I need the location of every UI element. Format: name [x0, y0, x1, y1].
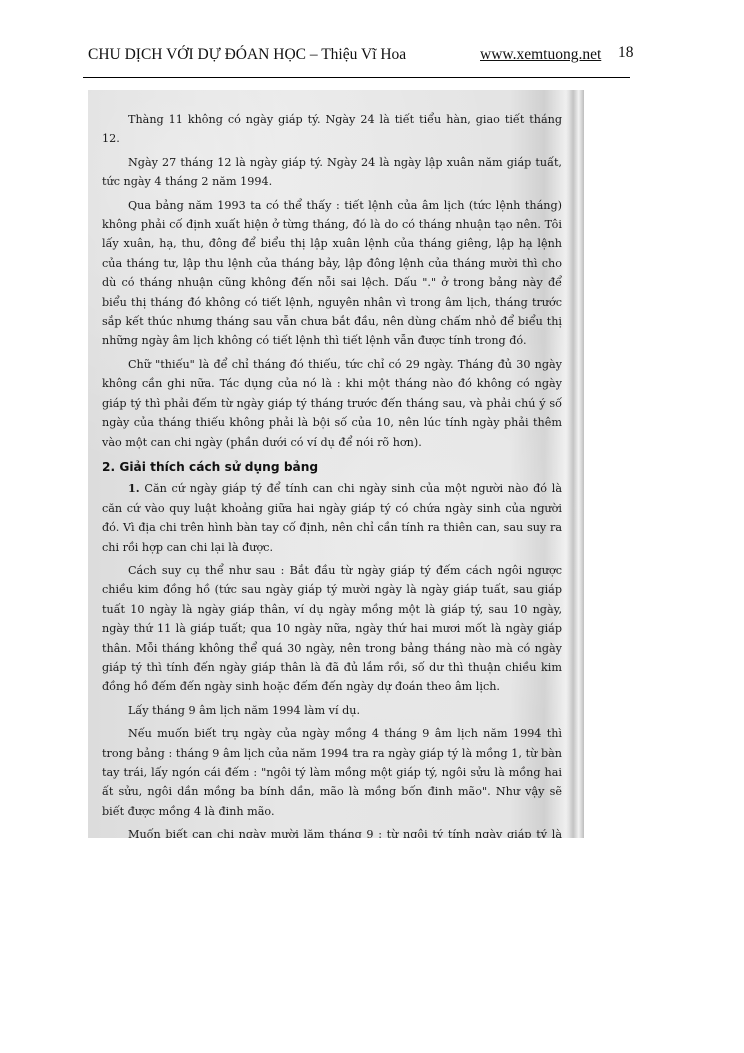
page-header: CHU DỊCH VỚI DỰ ĐÓAN HỌC – Thiệu Vĩ Hoa …: [88, 38, 630, 78]
paragraph-text: Muốn biết can chi ngày mười lăm tháng 9 …: [102, 828, 562, 838]
scanned-text: Thàng 11 không có ngày giáp tý. Ngày 24 …: [102, 110, 562, 838]
paragraph: Nếu muốn biết trụ ngày của ngày mồng 4 t…: [102, 724, 562, 821]
website-link[interactable]: www.xemtuong.net: [480, 46, 601, 64]
paragraph: Lấy tháng 9 âm lịch năm 1994 làm ví dụ.: [102, 701, 562, 720]
paragraph-text: Nếu muốn biết trụ ngày của ngày mồng 4 t…: [102, 727, 562, 818]
book-title: CHU DỊCH VỚI DỰ ĐÓAN HỌC – Thiệu Vĩ Hoa: [88, 46, 406, 64]
numbered-paragraph: 1. Căn cứ ngày giáp tý để tính can chi n…: [102, 479, 562, 557]
paragraph: Qua bảng năm 1993 ta có thể thấy : tiết …: [102, 196, 562, 351]
paragraph: Ngày 27 tháng 12 là ngày giáp tý. Ngày 2…: [102, 153, 562, 192]
paragraph-text: Căn cứ ngày giáp tý để tính can chi ngày…: [102, 482, 562, 553]
scanned-page-image: Thàng 11 không có ngày giáp tý. Ngày 24 …: [88, 90, 584, 838]
paragraph-text: Cách suy cụ thể như sau : Bắt đầu từ ngà…: [102, 564, 562, 693]
header-divider: [83, 77, 630, 78]
page-edge-shadow: [566, 90, 584, 838]
page-number: 18: [618, 44, 634, 62]
paragraph: Chữ "thiếu" là để chỉ tháng đó thiếu, tứ…: [102, 355, 562, 452]
paragraph-number: 1.: [128, 481, 140, 495]
paragraph: Thàng 11 không có ngày giáp tý. Ngày 24 …: [102, 110, 562, 149]
section-heading: 2. Giải thích cách sử dụng bảng: [102, 458, 562, 477]
paragraph-text: Lấy tháng 9 âm lịch năm 1994 làm ví dụ.: [128, 704, 360, 717]
paragraph: Muốn biết can chi ngày mười lăm tháng 9 …: [102, 825, 562, 838]
paragraph: Cách suy cụ thể như sau : Bắt đầu từ ngà…: [102, 561, 562, 697]
